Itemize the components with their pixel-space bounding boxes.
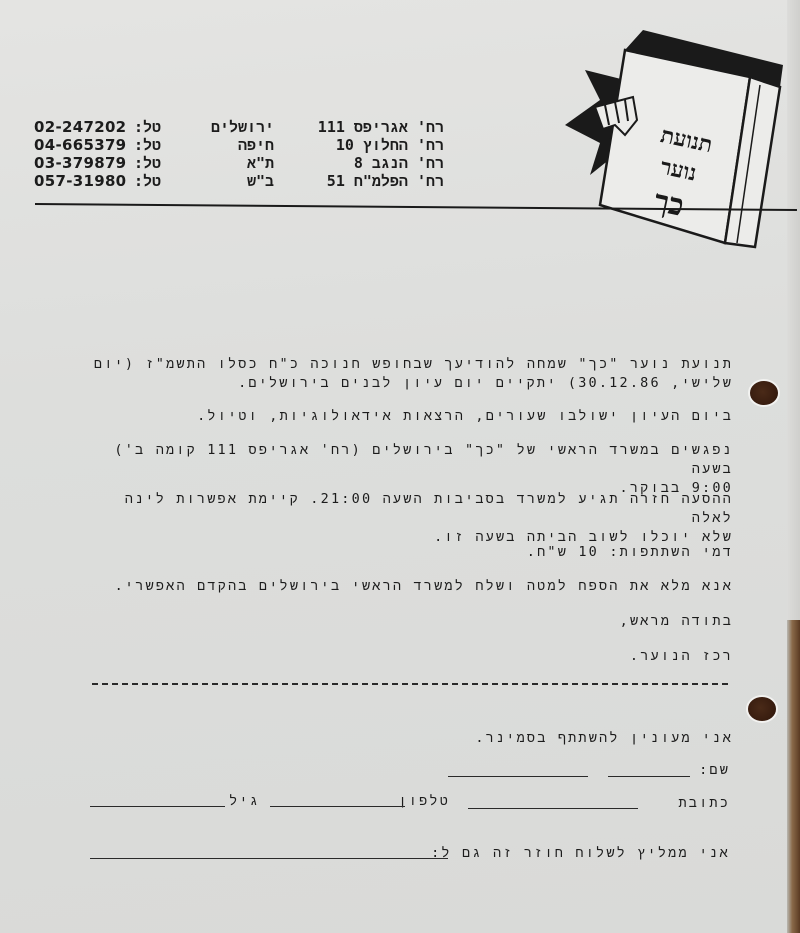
office-phone: 03-379879: [34, 154, 126, 172]
phone-field[interactable]: [270, 806, 405, 807]
form-intent: אני מעונין להשתתף בסמינר.: [88, 729, 733, 748]
office-street: רח' אגריפס 111: [318, 118, 444, 136]
office-row: 03-379879 טל: ת"א רח' הנגב 8: [34, 154, 444, 172]
office-city: ת"א: [247, 154, 274, 172]
tel-label: טל:: [134, 136, 161, 154]
office-phone: 04-665379: [34, 136, 126, 154]
office-phone: 057-31980: [34, 172, 126, 190]
letterhead: 02-247202 טל: ירושלים רח' אגריפס 111 04-…: [34, 118, 444, 190]
announcement-paragraph: תנועת נוער "כך" שמחה להודיעך שבחופש חנוכ…: [88, 355, 733, 393]
punch-hole: [748, 697, 776, 721]
office-row: 02-247202 טל: ירושלים רח' אגריפס 111: [34, 118, 444, 136]
office-street: רח' החלוץ 10: [336, 136, 444, 154]
signature-line: רכז הנוער.: [88, 647, 733, 666]
tel-label: טל:: [134, 118, 161, 136]
name-label: שם:: [699, 762, 730, 779]
fee-line: דמי השתתפות: 10 ש"ח.: [88, 543, 733, 562]
referral-label: אני ממליץ לשלוח חוזר זה גם ל:: [431, 845, 730, 862]
address-label: כתובת: [678, 795, 730, 812]
closing-line: בתודה מראש,: [88, 612, 733, 631]
page-edge-shadow: [787, 620, 800, 933]
office-row: 057-31980 טל: ב"ש רח' הפלמ"ח 51: [34, 172, 444, 190]
tel-label: טל:: [134, 172, 161, 190]
last-name-field[interactable]: [448, 776, 588, 777]
office-street: רח' הפלמ"ח 51: [327, 172, 444, 190]
first-name-field[interactable]: [608, 776, 690, 777]
tear-off-divider: [92, 683, 728, 685]
age-field[interactable]: [90, 806, 225, 807]
office-city: ב"ש: [247, 172, 274, 190]
phone-label: טלפון: [398, 793, 450, 810]
office-street: רח' הנגב 8: [354, 154, 444, 172]
referral-field[interactable]: [90, 858, 448, 859]
tel-label: טל:: [134, 154, 161, 172]
office-row: 04-665379 טל: חיפה רח' החלוץ 10: [34, 136, 444, 154]
office-city: חיפה: [238, 136, 274, 154]
office-city: ירושלים: [211, 118, 274, 136]
punch-hole: [750, 381, 778, 405]
office-phone: 02-247202: [34, 118, 126, 136]
organization-logo: תנועת נוער כך: [555, 25, 795, 250]
age-label: גיל: [229, 793, 260, 810]
address-field[interactable]: [468, 808, 638, 809]
return-paragraph: ההסעה חזרה תגיע למשרד בסביבות השעה 21:00…: [88, 490, 733, 547]
program-paragraph: ביום העיון ישולבו שעורים, הרצאות אידאולו…: [88, 407, 733, 426]
instructions-line: אנא מלא את הספח למטה ושלח למשרד הראשי בי…: [88, 577, 733, 596]
